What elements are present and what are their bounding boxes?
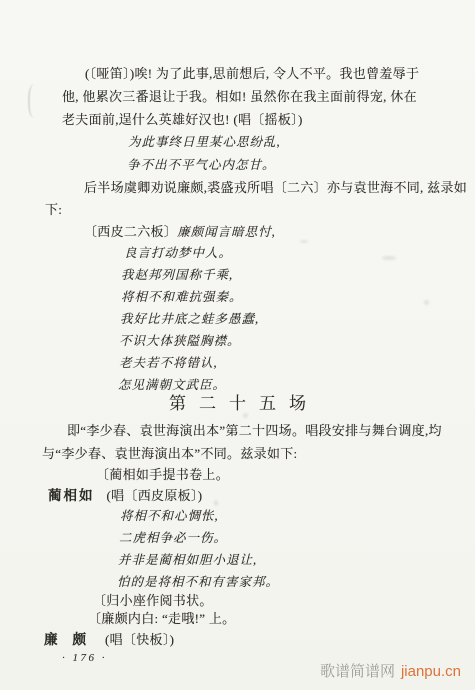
stage-direction: 〔廉颇内白: “走哦!” 上。 <box>88 611 235 626</box>
commentary-line: 后半场虞卿劝说廉颇,裘盛戎所唱〔二六〕亦与袁世海不同, 兹录如 <box>84 180 467 195</box>
scan-smudge <box>382 256 396 260</box>
watermark-site-name: 歌谱简谱网 <box>320 663 395 680</box>
stage-direction: 〔蔺相如手提书卷上。 <box>96 467 229 482</box>
dialog-line: 老夫面前,逞什么英雄好汉也! (唱〔摇板〕) <box>62 112 303 127</box>
verse-line: 怎见满朝文武臣。 <box>118 378 226 393</box>
sing-cue: (唱〔西皮原板〕) <box>107 488 203 503</box>
watermark-site-url: jianpu.cn <box>401 663 461 680</box>
speaker-line: 廉颇(唱〔快板〕) <box>44 632 174 647</box>
scanned-book-page: (〔哑笛〕)唉! 为了此事,思前想后, 令人不平。我也曾羞辱于 他, 他累次三番… <box>0 0 475 690</box>
sing-cue: (唱〔快板〕) <box>105 632 174 647</box>
scene-heading: 第二十五场 <box>0 396 475 411</box>
speaker-name: 蔺相如 <box>48 488 95 503</box>
intro-line: 与“李少春、袁世海演出本”不同。兹录如下: <box>42 446 297 461</box>
page-number: · 176 · <box>62 651 107 666</box>
verse-line: 二虎相争必一伤。 <box>119 531 227 546</box>
dialog-line: (〔哑笛〕)唉! 为了此事,思前想后, 令人不平。我也曾羞辱于 <box>85 66 419 81</box>
scan-smudge <box>300 240 308 243</box>
scan-smudge <box>424 300 429 305</box>
speaker-line: 蔺相如(唱〔西皮原板〕) <box>48 488 202 503</box>
speaker-name: 廉颇 <box>44 632 101 647</box>
verse-line: 并非是蔺相如胆小退让, <box>118 553 257 568</box>
stage-direction: 〔归小座作阅书状。 <box>93 593 213 608</box>
intro-line: 即“李少春、袁世海演出本”第二十四场。唱段安排与舞台调度,均 <box>67 423 442 438</box>
verse-line: 良言打动梦中人。 <box>124 246 232 261</box>
commentary-line: 下: <box>45 202 62 217</box>
scan-smudge <box>214 500 218 506</box>
aria-first-line: 〔西皮二六板〕廉颇闻言暗思忖, <box>84 224 276 240</box>
verse-line: 我好比井底之蛙多愚蠢, <box>120 312 259 327</box>
verse-line: 我赵邦列国称千乘, <box>121 268 233 283</box>
verse-line: 为此事终日里某心思纷乱, <box>128 135 281 150</box>
verse-line: 将相不和难抗强秦。 <box>121 290 243 305</box>
banshi-label: 〔西皮二六板〕 <box>84 224 177 239</box>
scan-smudge <box>243 413 248 418</box>
verse-line: 争不出不平气心内怎甘。 <box>127 158 276 173</box>
verse-line: 将相不和心惆怅, <box>120 509 219 524</box>
watermark: 歌谱简谱网jianpu.cn <box>320 660 461 681</box>
verse-line: 老夫若不将错认, <box>119 356 218 371</box>
dialog-line: 他, 他累次三番退让于我。相如! 虽然你在我主面前得宠, 休在 <box>62 89 417 104</box>
scan-smudge <box>28 84 40 118</box>
verse-line: 不识大体狭隘胸襟。 <box>119 334 241 349</box>
verse-line: 廉颇闻言暗思忖, <box>177 225 276 239</box>
verse-line: 怕的是将相不和有害家邦。 <box>117 575 279 590</box>
